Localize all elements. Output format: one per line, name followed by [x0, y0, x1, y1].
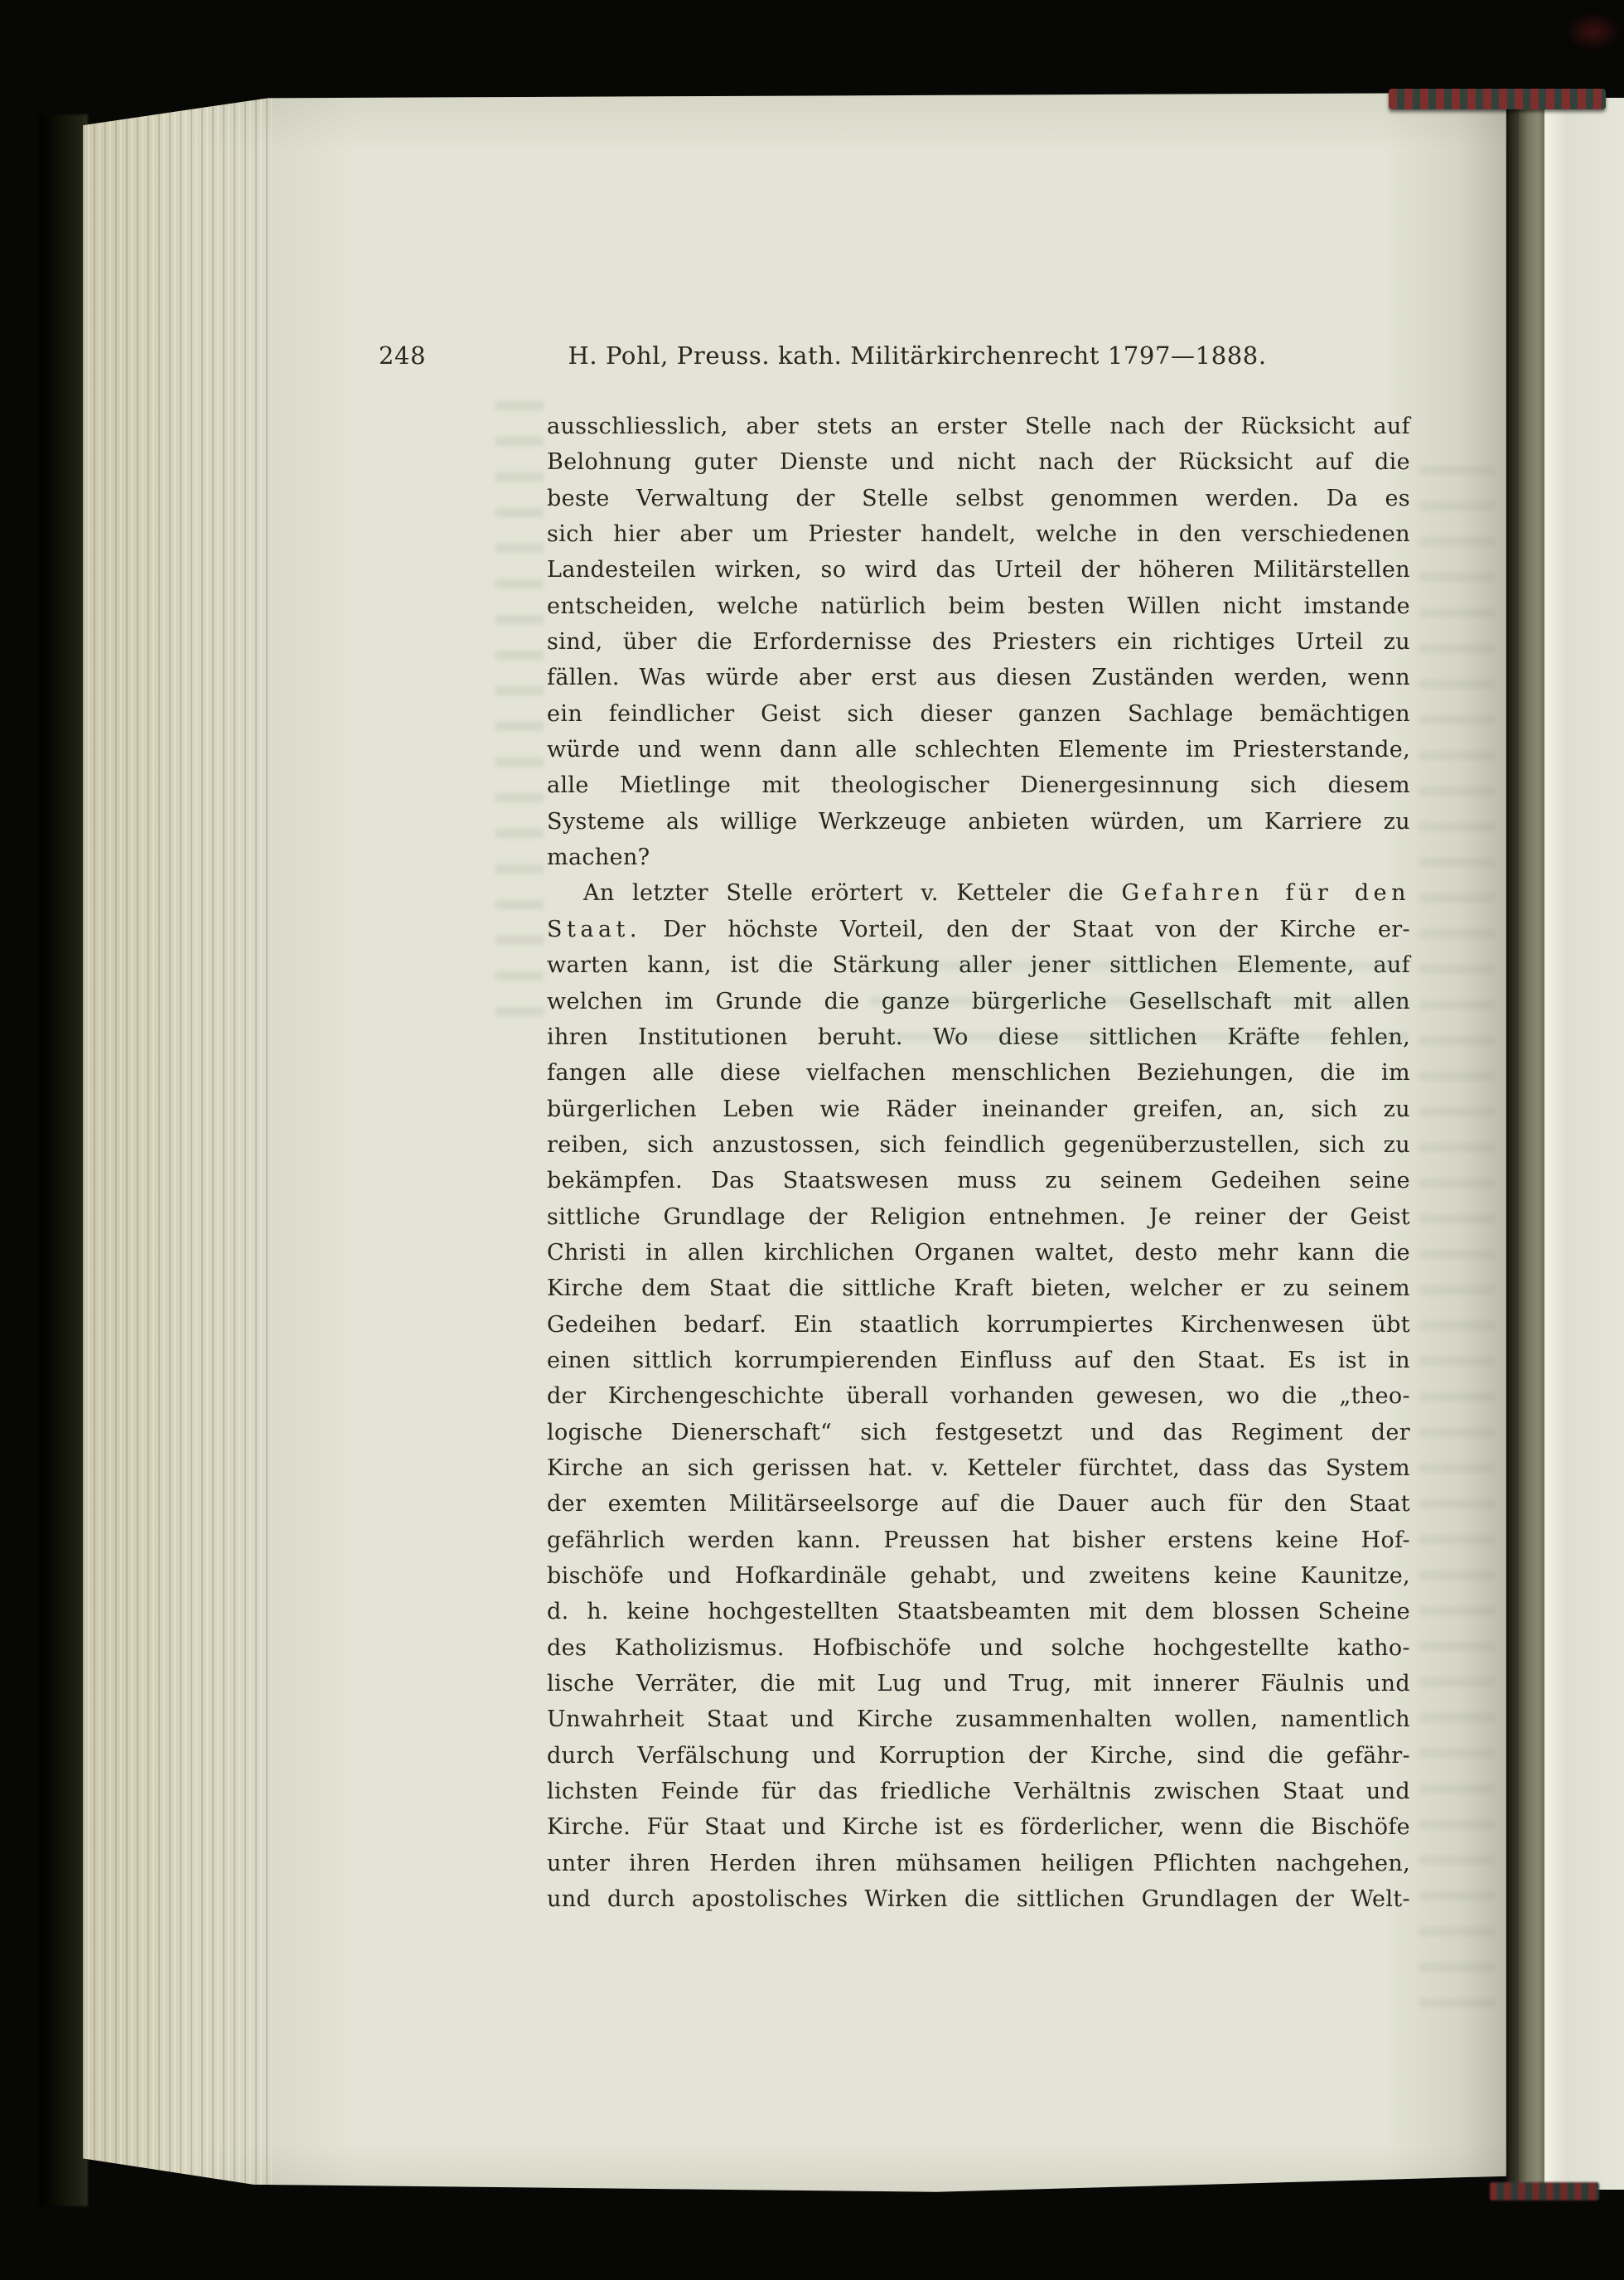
text-line: Belohnung guter Dienste und nicht nach d…	[547, 444, 1410, 480]
text-line: Kirche dem Staat die sittliche Kraft bie…	[547, 1271, 1410, 1306]
text-line: machen?	[547, 840, 1410, 875]
showthrough-left	[495, 401, 544, 1039]
running-header-title: H. Pohl, Preuss. kath. Militärkirchenrec…	[426, 341, 1409, 370]
text-line: Landesteilen wirken, so wird das Urteil …	[547, 552, 1410, 588]
facing-page-edge	[1544, 98, 1624, 2190]
text-line: ihren Institutionen beruht. Wo diese sit…	[547, 1019, 1410, 1055]
text-line: reiben, sich anzustossen, sich feindlich…	[547, 1127, 1410, 1163]
text-line: Gedeihen bedarf. Ein staatlich korrumpie…	[547, 1307, 1410, 1343]
text-line: durch Verfälschung und Korruption der Ki…	[547, 1738, 1410, 1774]
text-line: Kirche. Für Staat und Kirche ist es förd…	[547, 1809, 1410, 1845]
text-line: An letzter Stelle erörtert v. Ketteler d…	[547, 875, 1410, 911]
text-line: welchen im Grunde die ganze bürgerliche …	[547, 984, 1410, 1019]
text-line: Systeme als willige Werkzeuge anbieten w…	[547, 804, 1410, 840]
page-number: 248	[379, 341, 426, 370]
photo-backdrop: { "document": { "page_number": "248", "r…	[0, 0, 1624, 2280]
text-line: Unwahrheit Staat und Kirche zusammenhalt…	[547, 1702, 1410, 1737]
text-line: gefährlich werden kann. Preussen hat bis…	[547, 1522, 1410, 1558]
text-line: sind, über die Erfordernisse des Prieste…	[547, 624, 1410, 660]
text-line: warten kann, ist die Stärkung aller jene…	[547, 947, 1410, 983]
text-line: ausschliesslich, aber stets an erster St…	[547, 409, 1410, 444]
headband-top	[1389, 89, 1606, 109]
text-line: Christi in allen kirchlichen Organen wal…	[547, 1235, 1410, 1271]
text-line: der Kirchengeschichte überall vorhanden …	[547, 1378, 1410, 1414]
book-page: 248 H. Pohl, Preuss. kath. Militärkirche…	[83, 93, 1506, 2193]
text-line: d. h. keine hochgestellten Staatsbeamten…	[547, 1594, 1410, 1629]
text-line: der exemten Militärseelsorge auf die Dau…	[547, 1486, 1410, 1522]
running-header: 248 H. Pohl, Preuss. kath. Militärkirche…	[379, 341, 1409, 383]
text-line: lische Verräter, die mit Lug und Trug, m…	[547, 1666, 1410, 1702]
text-line: fällen. Was würde aber erst aus diesen Z…	[547, 660, 1410, 695]
text-line: des Katholizismus. Hofbischöfe und solch…	[547, 1630, 1410, 1666]
text-block: ausschliesslich, aber stets an erster St…	[547, 409, 1410, 1917]
text-line: sich hier aber um Priester handelt, welc…	[547, 516, 1410, 552]
headband-bottom	[1490, 2182, 1599, 2200]
text-line: sittliche Grundlage der Religion entnehm…	[547, 1199, 1410, 1235]
text-line: ein feindlicher Geist sich dieser ganzen…	[547, 696, 1410, 732]
text-line: beste Verwaltung der Stelle selbst genom…	[547, 481, 1410, 516]
text-line: bekämpfen. Das Staatswesen muss zu seine…	[547, 1163, 1410, 1198]
text-line: bürgerlichen Leben wie Räder ineinander …	[547, 1092, 1410, 1127]
showthrough-right	[1419, 466, 1495, 2016]
text-line: Staat. Der höchste Vorteil, den der Staa…	[547, 912, 1410, 947]
gutter-fold-line	[1505, 93, 1519, 2193]
text-line: würde und wenn dann alle schlechten Elem…	[547, 732, 1410, 767]
text-line: einen sittlich korrumpierenden Einfluss …	[547, 1343, 1410, 1378]
text-line: unter ihren Herden ihren mühsamen heilig…	[547, 1846, 1410, 1881]
text-line: entscheiden, welche natürlich beim beste…	[547, 588, 1410, 624]
text-line: bischöfe und Hofkardinäle gehabt, und zw…	[547, 1558, 1410, 1594]
book-cover-edge	[40, 114, 88, 2206]
text-line: logische Dienerschaft“ sich festgesetzt …	[547, 1415, 1410, 1450]
text-line: lichsten Feinde für das friedliche Verhä…	[547, 1774, 1410, 1809]
text-line: Kirche an sich gerissen hat. v. Ketteler…	[547, 1450, 1410, 1486]
gutter-shadow	[1519, 93, 1544, 2198]
text-line: fangen alle diese vielfachen menschliche…	[547, 1055, 1410, 1091]
page-stack-fore-edge	[83, 93, 272, 2193]
cover-corner-highlight	[1566, 13, 1621, 50]
text-line: und durch apostolisches Wirken die sittl…	[547, 1881, 1410, 1917]
text-line: alle Mietlinge mit theologischer Dienerg…	[547, 767, 1410, 803]
